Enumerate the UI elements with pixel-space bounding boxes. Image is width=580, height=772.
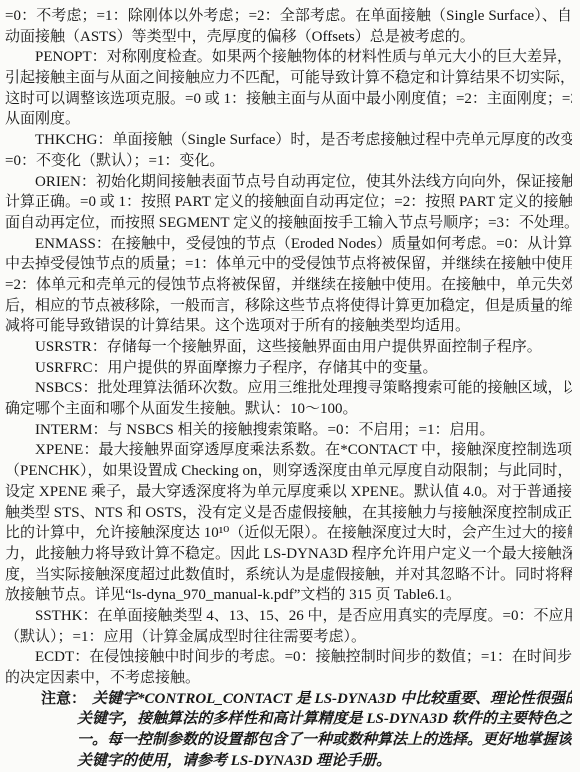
text-line: INTERM：与 NSBCS 相关的接触搜索策略。=0：不启用；=1：启用。 [5,420,572,441]
text-line: 设定 XPENE 乘子，最大穿透深度将为单元厚度乘以 XPENE。默认值 4.0… [5,482,572,503]
text-line: 这时可以调整该选项克服。=0 或 1：接触主面与从面中最小刚度值；=2：主面刚度… [5,89,572,110]
text-line: （默认）；=1：应用（计算金属成型时往往需要考虑）。 [5,627,572,648]
text-line: NSBCS：批处理算法循环次数。应用三维批处理搜寻策略搜索可能的接触区域，以 [5,378,572,399]
document-page: =0：不考虑；=1：除刚体以外考虑；=2：全部考虑。在单面接触（Single S… [0,0,580,772]
text-line: ORIEN：初始化期间接触表面节点号自动再定位，使其外法线方向向外，保证接触 [5,172,572,193]
text-line: 力，此接触力将导致计算不稳定。因此 LS-DYNA3D 程序允许用户定义一个最大… [5,544,572,565]
note-line: 关键字，接触算法的多样性和高计算精度是 LS-DYNA3D 软件的主要特色之 [77,709,572,730]
text-line: 后，相应的节点被移除，一般而言，移除这些节点将使得计算更加稳定，但是质量的缩 [5,296,572,317]
text-line: 引起接触主面与从面之间接触应力不匹配，可能导致计算不稳定和计算结果不切实际， [5,68,572,89]
text-line: 确定哪个主面和哪个从面发生接触。默认：10～100。 [5,399,572,420]
text-line: 面自动再定位，而按照 SEGMENT 定义的接触面按手工输入节点号顺序；=3：不… [5,213,572,234]
text-line: 从面刚度。 [5,109,572,130]
text-line: PENOPT：对称刚度检查。如果两个接触物体的材料性质与单元大小的巨大差异， [5,47,572,68]
text-line: 中去掉受侵蚀节点的质量；=1：体单元中的受侵蚀节点将被保留，并继续在接触中使用； [5,254,572,275]
note-line: 一。每一控制参数的设置都包含了一种或数种算法上的选择。更好地掌握该 [77,730,572,751]
text-line: （PENCHK），如果设置成 Checking on，则穿透深度由单元厚度自动限… [5,461,572,482]
text-line: 动面接触（ASTS）等类型中，壳厚度的偏移（Offsets）总是被考虑的。 [5,27,572,48]
text-line: XPENE：最大接触界面穿透厚度乘法系数。在*CONTACT 中，接触深度控制选… [5,440,572,461]
text-line: THKCHG：单面接触（Single Surface）时，是否考虑接触过程中壳单… [5,130,572,151]
text-line: USRFRC：用户提供的界面摩擦力子程序，存储其中的变量。 [5,358,572,379]
text-line: 计算正确。=0 或 1：按照 PART 定义的接触面自动再定位；=2：按照 PA… [5,192,572,213]
text-line: =0：不变化（默认）；=1：变化。 [5,151,572,172]
note-section: 注意：关键字*CONTROL_CONTACT 是 LS-DYNA3D 中比较重要… [5,689,572,772]
text-line: 比的计算中，允许接触深度达 10¹⁰（近似无限）。在接触深度过大时，会产生过大的… [5,523,572,544]
text-line: =0：不考虑；=1：除刚体以外考虑；=2：全部考虑。在单面接触（Single S… [5,6,572,27]
note-line: 注意：关键字*CONTROL_CONTACT 是 LS-DYNA3D 中比较重要… [41,689,572,710]
text-line: 的决定因素中，不考虑接触。 [5,668,572,689]
text-line: 度，当实际接触深度超过此数值时，系统认为是虚假接触，并对其忽略不计。同时将释 [5,565,572,586]
text-line: ENMASS：在接触中，受侵蚀的节点（Eroded Nodes）质量如何考虑。=… [5,234,572,255]
note-text: 关键字*CONTROL_CONTACT 是 LS-DYNA3D 中比较重要、理论… [92,691,572,707]
text-line: ECDT：在侵蚀接触中时间步的考虑。=0：接触控制时间步的数值；=1：在时间步 [5,647,572,668]
note-label: 注意： [41,690,86,707]
text-line: 放接触节点。详见“ls-dyna_970_manual-k.pdf”文档的 31… [5,585,572,606]
text-line: USRSTR：存储每一个接触界面，这些接触界面由用户提供界面控制子程序。 [5,337,572,358]
text-line: 减将可能导致错误的计算结果。这个选项对于所有的接触类型均适用。 [5,316,572,337]
note-line: 关键字的使用，请参考 LS-DYNA3D 理论手册。 [77,751,572,772]
text-line: SSTHK：在单面接触类型 4、13、15、26 中，是否应用真实的壳厚度。=0… [5,606,572,627]
text-line: 触类型 STS、NTS 和 OSTS，没有定义是否虚假接触，在其接触力与接触深度… [5,503,572,524]
text-line: =2：体单元和壳单元的侵蚀节点将被保留，并继续在接触中使用。在接触中，单元失效 [5,275,572,296]
